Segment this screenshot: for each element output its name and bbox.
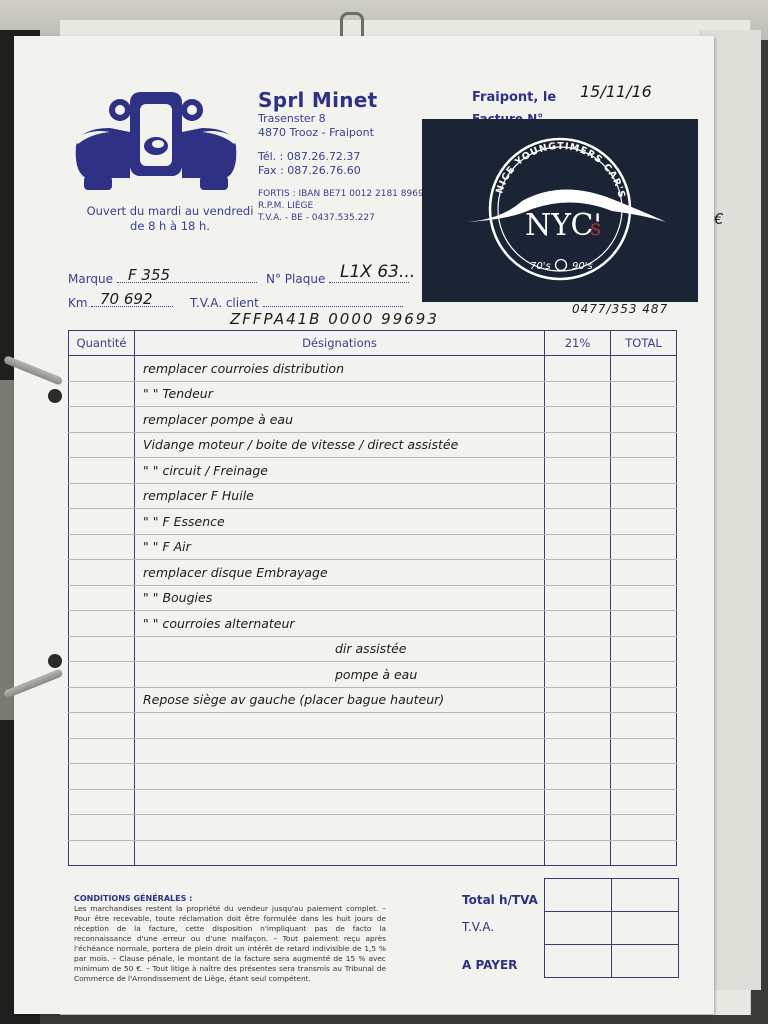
km-label: Km — [68, 296, 88, 310]
vat-cell — [545, 407, 611, 433]
place-date-label: Fraipont, le — [472, 90, 556, 105]
vin-number: ZFFPA41B 0000 99693 — [230, 310, 439, 328]
plate-label: N° Plaque — [266, 272, 325, 286]
opening-hours-line2: de 8 h à 18 h. — [70, 219, 270, 234]
vintage-car-logo-icon — [70, 88, 242, 196]
col-vat: 21% — [545, 331, 611, 356]
table-row — [69, 713, 677, 739]
company-rpm: R.P.M. LIÈGE — [258, 200, 424, 212]
company-phone: Tél. : 087.26.72.37 — [258, 150, 424, 164]
client-phone: 0477/353 487 — [572, 302, 668, 316]
table-row — [69, 815, 677, 841]
vat-cell — [545, 560, 611, 586]
subtotal-label: Total h/TVA — [462, 893, 538, 907]
qty-cell — [69, 356, 135, 382]
designation-cell: " " circuit / Freinage — [135, 458, 545, 484]
subtotal-vat-cell — [545, 879, 612, 912]
designation-cell — [135, 713, 545, 739]
qty-cell — [69, 713, 135, 739]
designation-cell — [135, 764, 545, 790]
table-header: Quantité Désignations 21% TOTAL — [69, 331, 677, 356]
designation-cell: dir assistée — [135, 636, 545, 662]
qty-cell — [69, 687, 135, 713]
totals-table — [544, 878, 679, 978]
vat-cell — [545, 585, 611, 611]
vat-label: T.V.A. — [462, 920, 494, 934]
pay-cell-a — [545, 945, 612, 978]
conditions-text: Les marchandises restent la propriété du… — [74, 904, 386, 984]
total-cell — [611, 611, 677, 637]
table-row: remplacer courroies distribution — [69, 356, 677, 382]
pay-cell — [612, 945, 679, 978]
table-row: remplacer pompe à eau — [69, 407, 677, 433]
vat-cell — [545, 636, 611, 662]
designation-cell: " " Bougies — [135, 585, 545, 611]
vat-cell — [545, 738, 611, 764]
table-row: Repose siège av gauche (placer bague hau… — [69, 687, 677, 713]
total-cell — [611, 840, 677, 866]
total-cell — [611, 356, 677, 382]
subtotal-cell — [612, 879, 679, 912]
address-line1: Trasenster 8 — [258, 112, 424, 126]
nyc-logo-icon: NICE YOUNGTIMERS CAR'S NYC' s 70's 90's — [422, 119, 698, 302]
vat-cell — [545, 840, 611, 866]
company-name: Sprl Minet — [258, 88, 424, 112]
total-cell — [611, 432, 677, 458]
qty-cell — [69, 483, 135, 509]
table-row: " " Tendeur — [69, 381, 677, 407]
designation-cell: remplacer pompe à eau — [135, 407, 545, 433]
vat-cell — [545, 458, 611, 484]
total-cell — [611, 713, 677, 739]
qty-cell — [69, 432, 135, 458]
total-cell — [611, 407, 677, 433]
qty-cell — [69, 789, 135, 815]
vat-cell — [545, 789, 611, 815]
total-cell — [611, 585, 677, 611]
table-row: remplacer F Huile — [69, 483, 677, 509]
total-cell — [611, 687, 677, 713]
vat-cell — [545, 815, 611, 841]
qty-cell — [69, 407, 135, 433]
table-row: pompe à eau — [69, 662, 677, 688]
vat-cell — [545, 687, 611, 713]
table-row — [69, 789, 677, 815]
designation-cell: " " F Essence — [135, 509, 545, 535]
business-card: NICE YOUNGTIMERS CAR'S NYC' s 70's 90's — [422, 119, 698, 302]
qty-cell — [69, 534, 135, 560]
designation-cell — [135, 840, 545, 866]
punch-hole-bottom — [48, 654, 62, 668]
total-cell — [611, 458, 677, 484]
plate-value: L1X 63... — [340, 262, 415, 282]
vat-cell — [545, 356, 611, 382]
total-cell — [611, 560, 677, 586]
table-row: " " courroies alternateur — [69, 611, 677, 637]
designation-cell: Vidange moteur / boite de vitesse / dire… — [135, 432, 545, 458]
pay-label: A PAYER — [462, 958, 517, 972]
total-cell — [611, 738, 677, 764]
designation-cell: " " courroies alternateur — [135, 611, 545, 637]
qty-cell — [69, 585, 135, 611]
total-cell — [611, 636, 677, 662]
designation-cell: remplacer disque Embrayage — [135, 560, 545, 586]
total-cell — [611, 509, 677, 535]
table-row: Vidange moteur / boite de vitesse / dire… — [69, 432, 677, 458]
total-cell — [611, 789, 677, 815]
total-cell — [611, 815, 677, 841]
vat-cell — [545, 432, 611, 458]
brand-label: Marque — [68, 272, 113, 286]
company-bank: FORTIS : IBAN BE71 0012 2181 8969 — [258, 188, 424, 200]
col-designation: Désignations — [135, 331, 545, 356]
qty-cell — [69, 764, 135, 790]
qty-cell — [69, 815, 135, 841]
designation-cell: remplacer courroies distribution — [135, 356, 545, 382]
company-block: Sprl Minet Trasenster 8 4870 Trooz - Fra… — [258, 88, 424, 224]
table-row — [69, 764, 677, 790]
vat-cell — [545, 381, 611, 407]
table-row: dir assistée — [69, 636, 677, 662]
punch-hole-top — [48, 389, 62, 403]
vat-cell — [545, 713, 611, 739]
qty-cell — [69, 636, 135, 662]
address-line2: 4870 Trooz - Fraipont — [258, 126, 424, 140]
svg-text:s: s — [590, 216, 601, 241]
company-fax: Fax : 087.26.76.60 — [258, 164, 424, 178]
conditions-title: CONDITIONS GÉNÉRALES : — [74, 894, 386, 904]
total-cell — [611, 764, 677, 790]
general-conditions: CONDITIONS GÉNÉRALES : Les marchandises … — [74, 894, 386, 984]
designation-cell: " " Tendeur — [135, 381, 545, 407]
company-vat: T.V.A. - BE - 0437.535.227 — [258, 212, 424, 224]
vat-cell — [545, 662, 611, 688]
table-row: " " F Air — [69, 534, 677, 560]
total-cell — [611, 381, 677, 407]
table-row — [69, 840, 677, 866]
table-row: remplacer disque Embrayage — [69, 560, 677, 586]
designation-cell — [135, 815, 545, 841]
table-row — [69, 738, 677, 764]
qty-cell — [69, 840, 135, 866]
vat-cell — [545, 534, 611, 560]
items-table: Quantité Désignations 21% TOTAL remplace… — [68, 330, 677, 866]
vat-cell — [612, 912, 679, 945]
client-vat-label: T.V.A. client — [190, 296, 259, 310]
qty-cell — [69, 381, 135, 407]
total-cell — [611, 662, 677, 688]
vat-cell — [545, 483, 611, 509]
invoice-date: 15/11/16 — [580, 82, 652, 101]
qty-cell — [69, 509, 135, 535]
svg-text:70's: 70's — [530, 261, 551, 272]
svg-text:90's: 90's — [572, 261, 593, 272]
designation-cell — [135, 789, 545, 815]
table-row: " " F Essence — [69, 509, 677, 535]
total-cell — [611, 483, 677, 509]
designation-cell — [135, 738, 545, 764]
qty-cell — [69, 738, 135, 764]
client-vat-field: T.V.A. client — [190, 296, 403, 310]
table-row: " " circuit / Freinage — [69, 458, 677, 484]
designation-cell: pompe à eau — [135, 662, 545, 688]
vat-cell-a — [545, 912, 612, 945]
total-cell — [611, 534, 677, 560]
opening-hours: Ouvert du mardi au vendredi de 8 h à 18 … — [70, 204, 270, 234]
table-row: " " Bougies — [69, 585, 677, 611]
designation-cell: remplacer F Huile — [135, 483, 545, 509]
col-total: TOTAL — [611, 331, 677, 356]
opening-hours-line1: Ouvert du mardi au vendredi — [70, 204, 270, 219]
qty-cell — [69, 458, 135, 484]
brand-value: F 355 — [128, 266, 170, 284]
designation-cell: Repose siège av gauche (placer bague hau… — [135, 687, 545, 713]
euro-mark: € — [714, 210, 724, 228]
vat-cell — [545, 764, 611, 790]
km-value: 70 692 — [100, 290, 153, 308]
designation-cell: " " F Air — [135, 534, 545, 560]
qty-cell — [69, 560, 135, 586]
qty-cell — [69, 611, 135, 637]
qty-cell — [69, 662, 135, 688]
vat-cell — [545, 509, 611, 535]
col-quantity: Quantité — [69, 331, 135, 356]
vat-cell — [545, 611, 611, 637]
